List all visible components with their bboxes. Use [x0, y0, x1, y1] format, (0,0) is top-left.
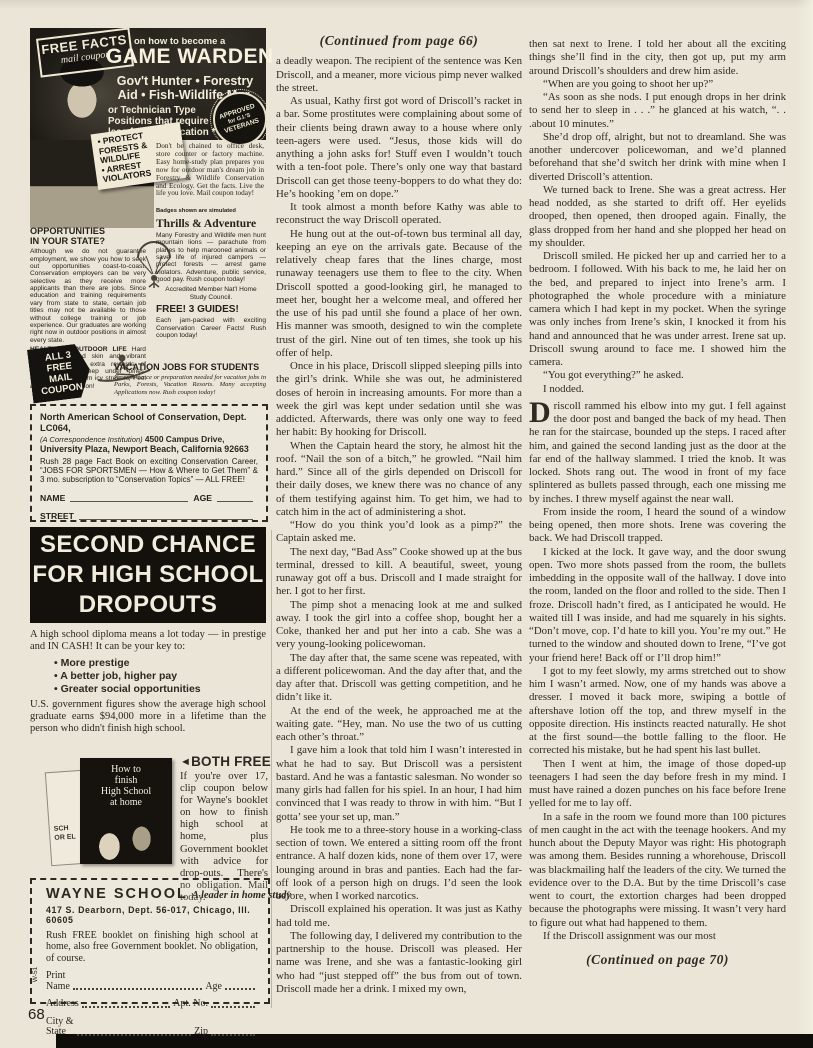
- article-paragraph: “As soon as she nods. I put enough drops…: [529, 91, 786, 131]
- article-paragraph: Driscoll explained his operation. It was…: [276, 903, 522, 930]
- article-paragraph: Then I went at him, the image of those d…: [529, 758, 786, 811]
- article-paragraph: The following day, I delivered my contri…: [276, 930, 522, 996]
- guides-text: Each jam-packed with exciting Conservati…: [156, 317, 266, 339]
- conservation-coupon: North American School of Conservation, D…: [30, 404, 268, 522]
- article-paragraph: As usual, Kathy first got word of Drisco…: [276, 95, 522, 201]
- article-paragraph: The next day, “Bad Ass” Cooke showed up …: [276, 546, 522, 599]
- vacation-jobs-block: VACATION JOBS FOR STUDENTS No experience…: [114, 362, 266, 396]
- wayne-name-field[interactable]: [73, 982, 202, 990]
- article-paragraph: He hung out at the out-of-town bus termi…: [276, 228, 522, 361]
- booklet-title: How tofinishHigh Schoolat home: [80, 758, 172, 808]
- bullet-item: More prestige: [54, 657, 266, 670]
- wayne-row-city: City & State Zip: [46, 1017, 258, 1038]
- coupon-city-line: University Plaza, Newport Beach, Califor…: [40, 444, 258, 454]
- booklet-title-line: How to: [80, 764, 172, 775]
- age-field[interactable]: [217, 493, 253, 502]
- article-paragraph: “When are you going to shoot her up?”: [529, 78, 786, 91]
- address-label: Address: [46, 999, 79, 1010]
- article-paragraph: It took almost a month before Kathy was …: [276, 201, 522, 228]
- wayne-city-field[interactable]: [77, 1028, 192, 1036]
- magazine-page: FREE FACTS mail coupon on how to become …: [0, 0, 813, 1048]
- seal-text: APPROVED for G.I.'S VETERANS: [219, 103, 261, 136]
- wayne-row-address: Address Apt. No.: [46, 999, 258, 1010]
- street-label: STREET: [40, 511, 74, 521]
- article-paragraph: The day after that, the same scene was r…: [276, 652, 522, 705]
- article-paragraph: He took me to a three-story house in a w…: [276, 824, 522, 904]
- headline-line: DROPOUTS: [30, 590, 266, 620]
- zip-label: Zip: [194, 1027, 208, 1038]
- article-paragraph: At the end of the week, he approached me…: [276, 705, 522, 745]
- bullet-item: A better job, higher pay: [54, 670, 266, 683]
- wayne-apt-field[interactable]: [211, 1000, 255, 1008]
- opportunities-text: Although we do not guarantee employment,…: [30, 248, 146, 343]
- dropouts-bullets: More prestigeA better job, higher payGre…: [54, 657, 266, 695]
- left-arrow-icon: ◄: [180, 756, 191, 768]
- correspondence-note: (A Correspondence Institution): [40, 435, 143, 444]
- gi-approved-seal: APPROVED for G.I.'S VETERANS: [213, 92, 267, 146]
- booklet-title-line: at home: [80, 797, 172, 808]
- wayne-row-name: Print Name Age: [46, 971, 258, 992]
- bullet-item: Greater social opportunities: [54, 683, 266, 696]
- ad-subtitle-line: Gov't Hunter • Forestry: [110, 74, 260, 88]
- article-paragraph: I nodded.: [529, 383, 786, 396]
- coupon-key-code: W-51: [32, 967, 39, 982]
- coupon-row-street: STREET: [40, 511, 258, 521]
- wayne-age-field[interactable]: [225, 982, 255, 990]
- booklet-faces-photo: [80, 818, 172, 864]
- article-paragraph: I kicked at the lock. It gave way, and t…: [529, 546, 786, 665]
- continued-from-note: (Continued from page 66): [276, 34, 522, 47]
- wayne-booklet-cover: How tofinishHigh Schoolat home: [80, 758, 172, 864]
- booklet-spine-text: SCHOR EL: [53, 823, 76, 842]
- article-paragraph: The pimp shot a menacing look at me and …: [276, 599, 522, 652]
- street-field[interactable]: [79, 511, 253, 520]
- article-paragraph: I got to my feet slowly, my arms stretch…: [529, 665, 786, 758]
- name-label: Name: [46, 982, 70, 993]
- dropcap-section: Driscoll rammed his elbow into my gut. I…: [529, 400, 786, 506]
- both-free-section: SCHOR EL How tofinishHigh Schoolat home …: [30, 754, 266, 876]
- wayne-zip-field[interactable]: [211, 1028, 255, 1036]
- vacation-heading: VACATION JOBS FOR STUDENTS: [114, 362, 266, 372]
- article-paragraph: If the Driscoll assignment was our most: [529, 930, 786, 943]
- coupon-row-name: NAME AGE: [40, 493, 258, 503]
- article-paragraph: When the Captain heard the story, he alm…: [276, 440, 522, 520]
- opportunities-heading: OPPORTUNITIESIN YOUR STATE?: [30, 226, 146, 246]
- thrills-text: Many Forestry and Wildlife men hunt moun…: [156, 232, 266, 283]
- badges-note: Badges shown are simulated: [156, 208, 236, 214]
- dropouts-headline-box: SECOND CHANCEFOR HIGH SCHOOLDROPOUTS: [30, 527, 266, 623]
- ad-right-column: Thrills & Adventure Many Forestry and Wi…: [156, 218, 266, 339]
- campus-drive: 4500 Campus Drive,: [145, 434, 225, 444]
- article-paragraph: She’d drop off, alright, but not to drea…: [529, 131, 786, 184]
- article-paragraphs: then sat next to Irene. I told her about…: [529, 38, 786, 396]
- headline-line: SECOND CHANCE: [30, 530, 266, 560]
- article-paragraph: We turned back to Irene. She was a great…: [529, 184, 786, 250]
- article-paragraph: I gave him a look that told him I wasn’t…: [276, 744, 522, 824]
- guides-heading: FREE! 3 GUIDES!: [156, 304, 266, 315]
- continued-on-note: (Continued on page 70): [529, 953, 786, 966]
- both-free-heading: ◄BOTH FREE: [180, 754, 268, 769]
- name-field[interactable]: [70, 493, 188, 502]
- scan-edge-right: [797, 0, 813, 1048]
- column-divider: [271, 530, 272, 1008]
- scan-edge-top: [0, 0, 813, 9]
- heading-line: IN YOUR STATE?: [30, 236, 146, 246]
- city-state-label: City & State: [46, 1017, 74, 1038]
- wayne-header: WAYNE SCHOOL A leader in home study: [46, 885, 258, 903]
- coupon-offer-text: Rush 28 page Fact Book on exciting Conse…: [40, 457, 258, 485]
- article-column-middle: (Continued from page 66) a deadly weapon…: [276, 34, 522, 996]
- print-name-label: Print Name: [46, 971, 70, 992]
- article-paragraphs: a deadly weapon. The recipient of the se…: [276, 55, 522, 996]
- spine-line: OR EL: [54, 832, 76, 842]
- age-label: Age: [205, 982, 222, 993]
- dropouts-stats: U.S. government figures show the average…: [30, 699, 266, 735]
- article-paragraph: Once in his place, Driscoll slipped slee…: [276, 360, 522, 440]
- article-column-right: then sat next to Irene. I told her about…: [529, 38, 786, 966]
- article-paragraph: In a safe in the room we found more than…: [529, 811, 786, 930]
- article-paragraph: a deadly weapon. The recipient of the se…: [276, 55, 522, 95]
- article-paragraph: Driscoll smiled. He picked her up and ca…: [529, 250, 786, 369]
- state-label: State: [46, 1027, 74, 1038]
- dropcap-paragraph: Driscoll rammed his elbow into my gut. I…: [529, 400, 786, 506]
- dropouts-body: A high school diploma means a lot today …: [30, 629, 266, 735]
- accredited-note: Accredited Member Nat'l Home Study Counc…: [156, 286, 266, 301]
- heading-line: OPPORTUNITIES: [30, 226, 146, 236]
- ad-title: GAME WARDEN: [106, 45, 274, 69]
- booklet-title-line: finish: [80, 775, 172, 786]
- wayne-brand: WAYNE SCHOOL: [46, 886, 188, 902]
- ad-subtitle-line: or Technician Type: [108, 105, 220, 116]
- article-paragraph: “How do you think you’d look as a pimp?”…: [276, 519, 522, 546]
- name-label: NAME: [40, 493, 65, 503]
- booklet-title-line: High School: [80, 786, 172, 797]
- apt-label: Apt. No.: [173, 999, 208, 1010]
- article-paragraphs: From inside the room, I heard the sound …: [529, 506, 786, 943]
- wayne-offer-text: Rush FREE booklet on finishing high scho…: [46, 930, 258, 964]
- page-number: 68: [28, 1006, 45, 1023]
- article-paragraph: then sat next to Irene. I told her about…: [529, 38, 786, 78]
- thrills-heading: Thrills & Adventure: [156, 218, 266, 230]
- both-free-label: BOTH FREE: [191, 754, 271, 769]
- vacation-text: No experience or preparation needed for …: [114, 374, 266, 396]
- wayne-address: 417 S. Dearborn, Dept. 56-017, Chicago, …: [46, 905, 258, 925]
- wayne-address-field[interactable]: [82, 1000, 170, 1008]
- coupon-school-name: North American School of Conservation, D…: [40, 411, 258, 433]
- ad-blurb: Don't be chained to office desk, store c…: [156, 142, 264, 197]
- wayne-school-coupon: WAYNE SCHOOL A leader in home study 417 …: [30, 878, 270, 1004]
- dropouts-intro: A high school diploma means a lot today …: [30, 629, 266, 653]
- game-warden-ad: FREE FACTS mail coupon on how to become …: [30, 28, 266, 406]
- article-paragraph: From inside the room, I heard the sound …: [529, 506, 786, 546]
- article-paragraph: “You got everything?” he asked.: [529, 369, 786, 382]
- age-label: AGE: [193, 493, 212, 503]
- coupon-address-line: (A Correspondence Institution) 4500 Camp…: [40, 434, 258, 444]
- headline-line: FOR HIGH SCHOOL: [30, 560, 266, 590]
